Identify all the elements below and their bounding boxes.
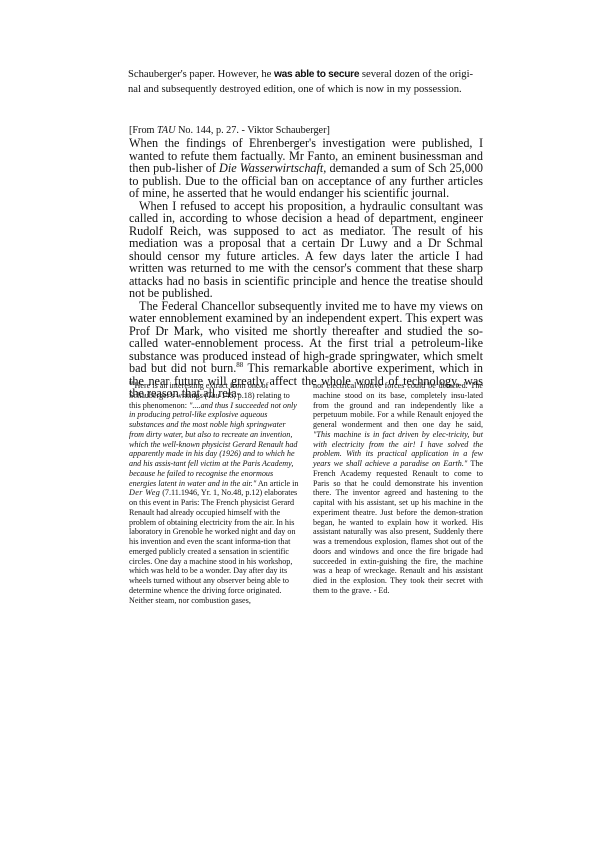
footnote-text: An article in (256, 479, 298, 488)
main-body-text: When the findings of Ehrenberger's inves… (129, 137, 483, 400)
body-paragraph-1: When the findings of Ehrenberger's inves… (129, 137, 483, 200)
bold-phrase: was able to secure (274, 69, 359, 80)
publication-title: Der Weg (129, 488, 160, 497)
paragraph-text: Schauberger's paper. However, he (128, 69, 274, 80)
quoted-text: "....and thus I succeeded not only in pr… (129, 401, 298, 488)
journal-name: TAU (157, 125, 176, 136)
journal-name: (Tau (205, 391, 220, 400)
citation-prefix: [From (129, 125, 157, 136)
footnote-text: nor electrical motive forces could be de… (313, 381, 483, 429)
citation-suffix: No. 144, p. 27. - Viktor Schauberger] (176, 125, 330, 136)
continuation-paragraph: Schauberger's paper. However, he was abl… (128, 67, 483, 97)
footnote-text: The French Academy requested Renault to … (313, 459, 483, 595)
footnote-column-left: 88Here is an interesting extract from on… (129, 381, 299, 605)
footnote-section: 88Here is an interesting extract from on… (129, 381, 483, 605)
quoted-text: "This machine is in fact driven by elec-… (313, 430, 483, 468)
body-paragraph-2: When I refused to accept his proposition… (129, 200, 483, 300)
footnote-column-right: nor electrical motive forces could be de… (313, 381, 483, 605)
footnote-text: (7.11.1946, Yr. 1, No.48, p.12) elaborat… (129, 488, 297, 604)
document-page: Schauberger's paper. However, he was abl… (0, 0, 595, 842)
